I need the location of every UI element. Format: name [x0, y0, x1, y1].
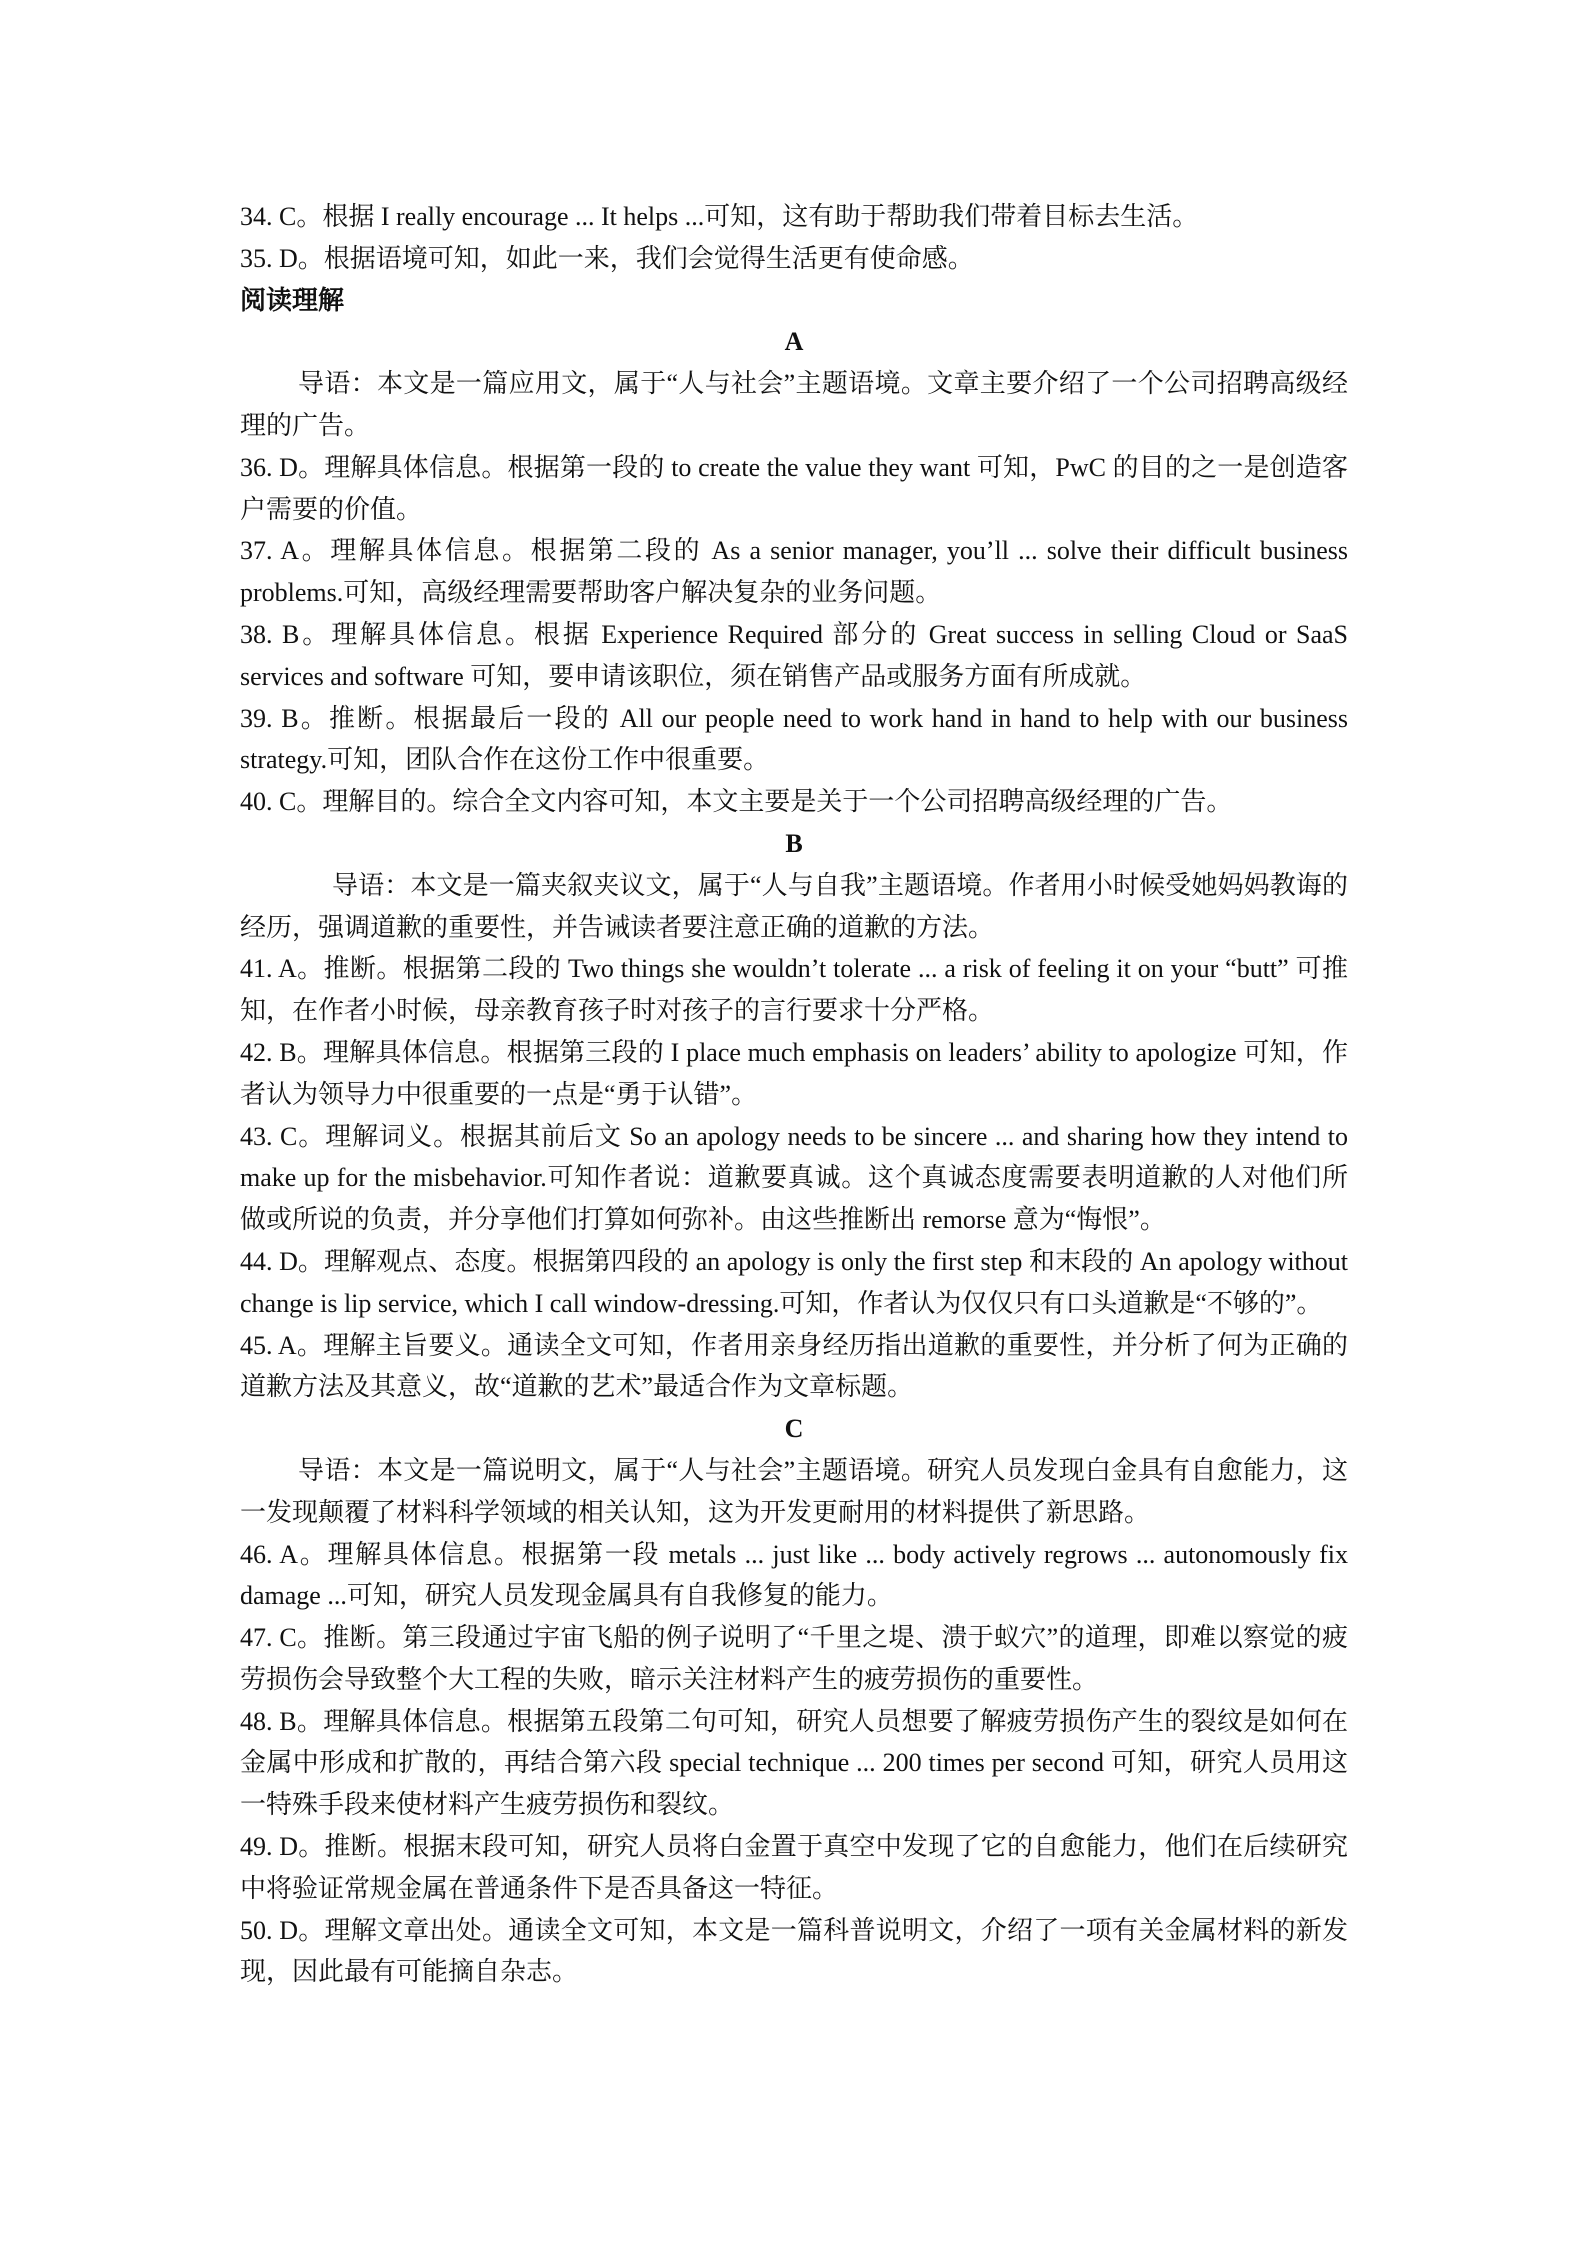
answer-item-41: 41. A。推断。根据第二段的 Two things she wouldn’t … [240, 948, 1348, 1032]
part-c: C 导语：本文是一篇说明文，属于“人与社会”主题语境。研究人员发现白金具有自愈能… [240, 1408, 1348, 1993]
answer-item-40: 40. C。理解目的。综合全文内容可知，本文主要是关于一个公司招聘高级经理的广告… [240, 781, 1348, 823]
answer-item-49: 49. D。推断。根据末段可知，研究人员将白金置于真空中发现了它的自愈能力，他们… [240, 1826, 1348, 1910]
answer-key-page: 34. C。根据 I really encourage ... It helps… [240, 196, 1348, 1993]
answer-item-50: 50. D。理解文章出处。通读全文可知，本文是一篇科普说明文，介绍了一项有关金属… [240, 1910, 1348, 1994]
answer-item-35: 35. D。根据语境可知，如此一来，我们会觉得生活更有使命感。 [240, 238, 1348, 280]
part-c-intro: 导语：本文是一篇说明文，属于“人与社会”主题语境。研究人员发现白金具有自愈能力，… [240, 1450, 1348, 1534]
answer-item-45: 45. A。理解主旨要义。通读全文可知，作者用亲身经历指出道歉的重要性，并分析了… [240, 1325, 1348, 1409]
part-heading-a: A [240, 321, 1348, 363]
answer-item-37: 37. A。理解具体信息。根据第二段的 As a senior manager,… [240, 530, 1348, 614]
answer-item-42: 42. B。理解具体信息。根据第三段的 I place much emphasi… [240, 1032, 1348, 1116]
answer-item-36: 36. D。理解具体信息。根据第一段的 to create the value … [240, 447, 1348, 531]
section-title-reading: 阅读理解 [240, 280, 1348, 322]
part-heading-b: B [240, 823, 1348, 865]
part-b: B 导语：本文是一篇夹叙夹议文，属于“人与自我”主题语境。作者用小时候受她妈妈教… [240, 823, 1348, 1408]
answer-item-43: 43. C。理解词义。根据其前后文 So an apology needs to… [240, 1116, 1348, 1241]
answer-item-48: 48. B。理解具体信息。根据第五段第二句可知，研究人员想要了解疲劳损伤产生的裂… [240, 1701, 1348, 1826]
answer-item-44: 44. D。理解观点、态度。根据第四段的 an apology is only … [240, 1241, 1348, 1325]
part-a-intro: 导语：本文是一篇应用文，属于“人与社会”主题语境。文章主要介绍了一个公司招聘高级… [240, 363, 1348, 447]
answer-item-47: 47. C。推断。第三段通过宇宙飞船的例子说明了“千里之堤、溃于蚁穴”的道理，即… [240, 1617, 1348, 1701]
answer-item-34: 34. C。根据 I really encourage ... It helps… [240, 196, 1348, 238]
answer-item-38: 38. B。理解具体信息。根据 Experience Required 部分的 … [240, 614, 1348, 698]
part-a: A 导语：本文是一篇应用文，属于“人与社会”主题语境。文章主要介绍了一个公司招聘… [240, 321, 1348, 823]
part-heading-c: C [240, 1408, 1348, 1450]
answer-item-46: 46. A。理解具体信息。根据第一段 metals ... just like … [240, 1534, 1348, 1618]
part-b-intro: 导语：本文是一篇夹叙夹议文，属于“人与自我”主题语境。作者用小时候受她妈妈教诲的… [240, 865, 1348, 949]
answer-item-39: 39. B。推断。根据最后一段的 All our people need to … [240, 698, 1348, 782]
